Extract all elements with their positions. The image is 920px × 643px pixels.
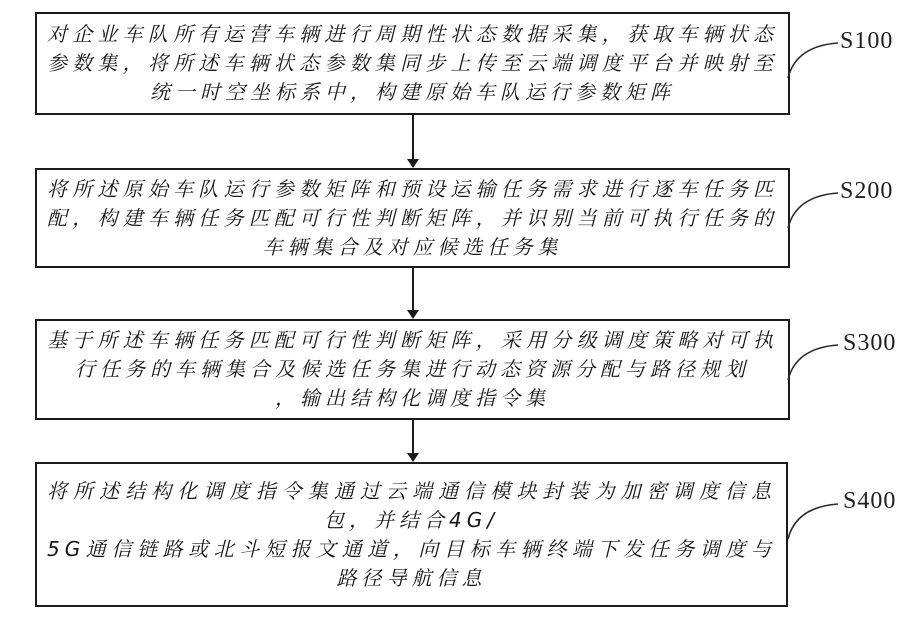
- leader-line-s400: [786, 497, 840, 541]
- step-label-s300: S300: [843, 330, 896, 357]
- flow-arrow-3: [406, 420, 420, 462]
- arrow-shaft: [412, 420, 414, 453]
- step-text-s100: 对企业车队所有运营车辆进行周期性状态数据采集，获取车辆状态参数集，将所述车辆状态…: [37, 20, 788, 107]
- step-text-s300: 基于所述车辆任务匹配可行性判断矩阵，采用分级调度策略对可执行任务的车辆集合及候选…: [37, 326, 788, 413]
- arrow-shaft: [412, 268, 414, 310]
- step-text-s400: 将所述结构化调度指令集通过云端通信模块封装为加密调度信息包，并结合4G/ 5G通…: [37, 477, 786, 593]
- step-label-s400: S400: [843, 488, 896, 515]
- leader-line-s300: [786, 338, 840, 382]
- arrow-head-icon: [407, 310, 419, 319]
- patent-flowchart: 对企业车队所有运营车辆进行周期性状态数据采集，获取车辆状态参数集，将所述车辆状态…: [0, 0, 920, 643]
- arrow-head-icon: [407, 159, 419, 168]
- step-box-s200: 将所述原始车队运行参数矩阵和预设运输任务需求进行逐车任务匹配，构建车辆任务匹配可…: [35, 168, 790, 268]
- arrow-shaft: [412, 115, 414, 159]
- leader-line-s100: [786, 36, 840, 80]
- step-label-s200: S200: [840, 178, 893, 205]
- step-label-s100: S100: [840, 28, 893, 55]
- arrow-head-icon: [407, 453, 419, 462]
- flow-arrow-2: [406, 268, 420, 319]
- step-box-s300: 基于所述车辆任务匹配可行性判断矩阵，采用分级调度策略对可执行任务的车辆集合及候选…: [35, 319, 790, 420]
- step-box-s400: 将所述结构化调度指令集通过云端通信模块封装为加密调度信息包，并结合4G/ 5G通…: [35, 462, 788, 607]
- flow-arrow-1: [406, 115, 420, 168]
- step-text-s200: 将所述原始车队运行参数矩阵和预设运输任务需求进行逐车任务匹配，构建车辆任务匹配可…: [37, 175, 788, 262]
- leader-line-s200: [786, 186, 840, 230]
- step-box-s100: 对企业车队所有运营车辆进行周期性状态数据采集，获取车辆状态参数集，将所述车辆状态…: [35, 12, 790, 115]
